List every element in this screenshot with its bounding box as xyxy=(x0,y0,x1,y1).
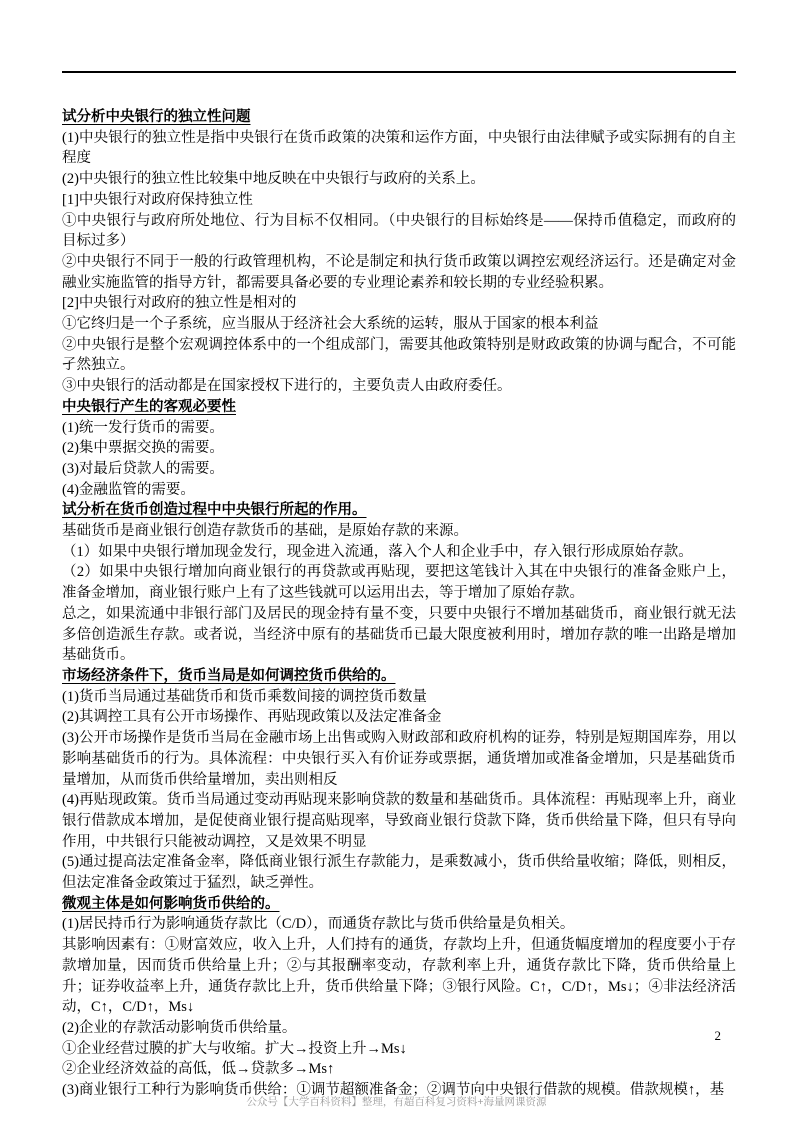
section-heading: 微观主体是如何影响货币供给的。 xyxy=(62,894,736,915)
paragraph: 其影响因素有：①财富效应，收入上升，人们持有的通货，存款均上升，但通货幅度增加的… xyxy=(62,935,736,1018)
page-number: 2 xyxy=(715,1027,722,1045)
paragraph: ③中央银行的活动都是在国家授权下进行的，主要负责人由政府委任。 xyxy=(62,376,736,397)
paragraph: ②中央银行是整个宏观调控体系中的一个组成部门，需要其他政策特别是财政政策的协调与… xyxy=(62,335,736,376)
paragraph: (2)中央银行的独立性比较集中地反映在中央银行与政府的关系上。 xyxy=(62,169,736,190)
paragraph: ①企业经营过膜的扩大与收缩。扩大→投资上升→Ms↓ xyxy=(62,1039,736,1060)
paragraph: ②中央银行不同于一般的行政管理机构，不论是制定和执行货币政策以调控宏观经济运行。… xyxy=(62,252,736,293)
paragraph: （1）如果中央银行增加现金发行，现金进入流通，落入个人和企业手中，存入银行形成原… xyxy=(62,542,736,563)
paragraph: (1)居民持币行为影响通货存款比（C/D），而通货存款比与货币供给量是负相关。 xyxy=(62,914,736,935)
paragraph: [2]中央银行对政府的独立性是相对的 xyxy=(62,293,736,314)
paragraph: (3)公开市场操作是货币当局在金融市场上出售或购入财政部和政府机构的证券，特别是… xyxy=(62,728,736,790)
footer-note: 公众号【大学百科资料】整理，有超百科复习资料+海量网课资源 xyxy=(0,1094,793,1109)
paragraph: [1]中央银行对政府保持独立性 xyxy=(62,190,736,211)
paragraph: (2)企业的存款活动影响货币供给量。 xyxy=(62,1018,736,1039)
section-heading: 中央银行产生的客观必要性 xyxy=(62,397,736,418)
paragraph: ①中央银行与政府所处地位、行为目标不仅相同。（中央银行的目标始终是——保持币值稳… xyxy=(62,211,736,252)
paragraph: 基础货币是商业银行创造存款货币的基础，是原始存款的来源。 xyxy=(62,521,736,542)
paragraph: (1)统一发行货币的需要。 xyxy=(62,418,736,439)
section-heading: 市场经济条件下，货币当局是如何调控货币供给的。 xyxy=(62,666,736,687)
header-divider xyxy=(62,71,736,73)
paragraph: ②企业经济效益的高低，低→贷款多→Ms↑ xyxy=(62,1059,736,1080)
document-body: 试分析中央银行的独立性问题(1)中央银行的独立性是指中央银行在货币政策的决策和运… xyxy=(62,107,736,1101)
section-heading: 试分析在货币创造过程中中央银行所起的作用。 xyxy=(62,500,736,521)
paragraph: （2）如果中央银行增加向商业银行的再贷款或再贴现，要把这笔钱计入其在中央银行的准… xyxy=(62,562,736,603)
paragraph: (1)中央银行的独立性是指中央银行在货币政策的决策和运作方面，中央银行由法律赋予… xyxy=(62,128,736,169)
paragraph: (5)通过提高法定准备金率，降低商业银行派生存款能力，是乘数减小，货币供给量收缩… xyxy=(62,852,736,893)
paragraph: (3)对最后贷款人的需要。 xyxy=(62,459,736,480)
section-heading: 试分析中央银行的独立性问题 xyxy=(62,107,736,128)
paragraph: (2)其调控工具有公开市场操作、再贴现政策以及法定准备金 xyxy=(62,707,736,728)
paragraph: (4)金融监管的需要。 xyxy=(62,480,736,501)
document-page: 试分析中央银行的独立性问题(1)中央银行的独立性是指中央银行在货币政策的决策和运… xyxy=(0,0,793,1122)
paragraph: (2)集中票据交换的需要。 xyxy=(62,438,736,459)
paragraph: (4)再贴现政策。货币当局通过变动再贴现来影响贷款的数量和基础货币。具体流程：再… xyxy=(62,790,736,852)
paragraph: 总之，如果流通中非银行部门及居民的现金持有量不变，只要中央银行不增加基础货币，商… xyxy=(62,604,736,666)
paragraph: (1)货币当局通过基础货币和货币乘数间接的调控货币数量 xyxy=(62,687,736,708)
paragraph: ①它终归是一个子系统，应当服从于经济社会大系统的运转，服从于国家的根本利益 xyxy=(62,314,736,335)
